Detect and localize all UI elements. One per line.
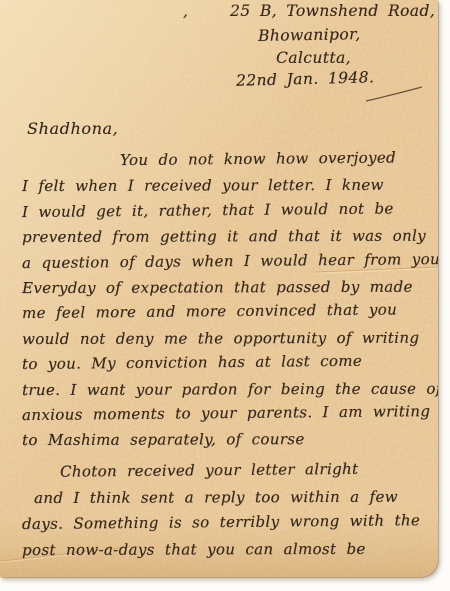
letter-line: days. Something is so terribly wrong wit… bbox=[22, 507, 434, 537]
letter-line: I would get it, rather, that I would not… bbox=[22, 196, 434, 225]
letter-paper: 25 B, Townshend Road, Bhowanipor, Calcut… bbox=[0, 0, 438, 577]
letter-line: to Mashima separately, of course bbox=[22, 427, 434, 454]
stray-ink-mark: , bbox=[183, 2, 188, 20]
letter-line: to you. My conviction has at last come bbox=[22, 348, 434, 377]
address-line-1: 25 B, Townshend Road, bbox=[230, 2, 435, 20]
letter-line: You do not know how overjoyed bbox=[22, 145, 434, 174]
letter-line: me feel more and more convinced that you bbox=[22, 297, 434, 326]
letter-line: Choton received your letter alright bbox=[22, 455, 434, 485]
paragraph-2: Choton received your letter alright and … bbox=[22, 459, 434, 563]
address-line-3: Calcutta, bbox=[276, 49, 351, 67]
letter-line: prevented from getting it and that it wa… bbox=[22, 224, 434, 251]
letter-line: post now-a-days that you can almost be bbox=[22, 536, 434, 563]
paragraph-1: You do not know how overjoyed I felt whe… bbox=[22, 149, 434, 454]
scan-background: 25 B, Townshend Road, Bhowanipor, Calcut… bbox=[0, 0, 450, 591]
address-line-2: Bhowanipor, bbox=[258, 25, 361, 45]
salutation: Shadhona, bbox=[27, 119, 118, 138]
letter-line: anxious moments to your parents. I am wr… bbox=[22, 399, 434, 428]
letter-line: a question of days when I would hear fro… bbox=[22, 247, 434, 276]
date-line: 22nd Jan. 1948. bbox=[236, 68, 375, 90]
